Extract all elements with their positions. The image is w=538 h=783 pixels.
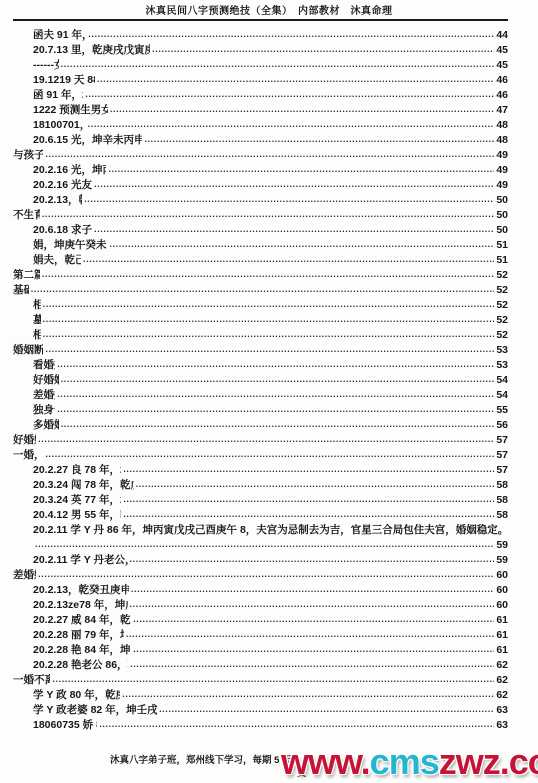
toc-entry-text: 看婚姻的要点 bbox=[33, 358, 55, 373]
toc-entry-text: 20.6.18 求子，坤丙寅庚寅壬寅乙巳 8， bbox=[33, 223, 92, 238]
toc-leader-dots: ........................................… bbox=[123, 507, 494, 522]
toc-entry-row: 20.2.13，乾癸丑庚申丁亥丙午 4，星宫相穿，生穿宫坏的轻，婚姻不顺 ...… bbox=[13, 583, 508, 598]
toc-entry-row: 20.7.13 里，乾庚戌戊寅庚辰己卯 2，两个女儿，送人一个，还有一儿子，早年… bbox=[13, 43, 508, 58]
toc-entry-text: 好婚姻的组合 bbox=[13, 433, 36, 448]
toc-leader-dots: ........................................… bbox=[61, 417, 495, 432]
toc-leader-dots: ........................................… bbox=[57, 357, 494, 372]
toc-entry-row: 一婚，婚姻稳定， ...............................… bbox=[13, 448, 508, 463]
toc-leader-dots: ........................................… bbox=[108, 162, 494, 177]
toc-leader-dots: ........................................… bbox=[131, 582, 494, 597]
toc-leader-dots: ........................................… bbox=[43, 297, 495, 312]
toc-leader-dots: ........................................… bbox=[159, 702, 494, 717]
toc-entry-row: 20.2.28 丽 79 年，坤己未癸酉辛卯己亥 6，星宫一体，宫身相破， ..… bbox=[13, 628, 508, 643]
toc-entry-text: 一婚，婚姻稳定， bbox=[13, 448, 43, 463]
toc-entry-row: 20.2.11 学 Y 丹老公，乾甲子丁丑甲子乙亥 3，星宫相合，婚姻稳定。 .… bbox=[13, 553, 508, 568]
toc-entry-text: 函夫 91 年，乾辛未丙申甲子甲戌 5 bbox=[33, 28, 86, 43]
toc-entry-row: 相破 .....................................… bbox=[13, 328, 508, 343]
toc-entry-text: 多婚姻命理组合 bbox=[33, 418, 59, 433]
toc-leader-dots: ........................................… bbox=[84, 192, 494, 207]
toc-entry-text: 20.2.28 艳 84 年，坤乙丑壬午甲申乙亥 7，星宫一体，宫生穿了，有矛盾 bbox=[33, 643, 131, 658]
watermark-url: www.cmszwz.com bbox=[281, 744, 538, 780]
toc-page-number: 60 bbox=[496, 568, 508, 583]
toc-page-number: 50 bbox=[496, 193, 508, 208]
toc-leader-dots: ........................................… bbox=[152, 42, 494, 57]
toc-entry-row: 不生育，难生育 ................................… bbox=[13, 208, 508, 223]
toc-leader-dots: ........................................… bbox=[130, 552, 495, 567]
toc-entry-row: 20.3.24 闯 78 年，乾戊午丁巳己丑丙寅 3，星宫一体，妻宫未坏，婚姻一… bbox=[13, 478, 508, 493]
toc-entry-text: 20.2.27 良 78 年，坤戊午乙丑丁丑壬寅 1，天合地合，夫妻恩爱 bbox=[33, 463, 121, 478]
toc-leader-dots: ........................................… bbox=[31, 282, 495, 297]
toc-page-number: 58 bbox=[496, 493, 508, 508]
toc-page-number: 61 bbox=[496, 643, 508, 658]
toc-entry-row: 差婚姻的组合 .................................… bbox=[13, 568, 508, 583]
toc-page-number: 58 bbox=[496, 508, 508, 523]
toc-page-number: 62 bbox=[496, 673, 508, 688]
toc-entry-row: 20.4.12 男 55 年，乾乙未壬午己亥丁卯 1，日柱包局，婚姻稳定 ...… bbox=[13, 508, 508, 523]
toc-page-number: 54 bbox=[496, 373, 508, 388]
toc-leader-dots: ........................................… bbox=[83, 252, 494, 267]
watermark-part-tail: zwz.com bbox=[439, 741, 538, 782]
toc-page-number: 45 bbox=[496, 43, 508, 58]
toc-entry-text: 20.6.15 光，坤辛未丙申丙寅辛卯 5， 91 年问婚姻，3 个孩子，一女两… bbox=[33, 133, 142, 148]
toc-entry-row: ------女命例------ ........................… bbox=[13, 58, 508, 73]
toc-entry-text: 20.2.11 学 Y 丹 86 年，坤丙寅戊戌己酉庚午 8，夫宫为忌制去为吉，… bbox=[33, 523, 508, 538]
toc-entry-row: 第二篇：婚姻篇 ................................… bbox=[13, 268, 508, 283]
toc-entry-text: 20.2.28 丽 79 年，坤己未癸酉辛卯己亥 6，星宫一体，宫身相破， bbox=[33, 628, 124, 643]
toc-leader-dots: ........................................… bbox=[94, 222, 494, 237]
toc-entry-text: 娟夫，乾己巳乙亥辛丑癸巳 1， bbox=[33, 253, 81, 268]
toc-leader-dots: ........................................… bbox=[133, 612, 494, 627]
toc-page-number: 52 bbox=[496, 313, 508, 328]
toc-entry-row: 函夫 91 年，乾辛未丙申甲子甲戌 5 ....................… bbox=[13, 28, 508, 43]
toc-page-number: 62 bbox=[496, 658, 508, 673]
toc-entry-text: 19.1219 天 88 年，坤戊辰己卯己卯己巳 1 bbox=[33, 73, 95, 88]
toc-entry-text: 20.3.24 闯 78 年，乾戊午丁巳己丑丙寅 3，星宫一体，妻宫未坏，婚姻一… bbox=[33, 478, 134, 493]
toc-entry-row: 1222 预测生男女，女 95 年，坤乙亥丁亥乙卯庚辰 6 ..........… bbox=[13, 103, 508, 118]
toc-entry-text: 20.2.13，乾癸丑庚申丁亥丙午 4，星宫相穿，生穿宫坏的轻，婚姻不顺 bbox=[33, 583, 129, 598]
toc-entry-text: 墓库 bbox=[33, 313, 41, 328]
toc-entry-row: 20.6.18 求子，坤丙寅庚寅壬寅乙巳 8， ................… bbox=[13, 223, 508, 238]
toc-page-number: 51 bbox=[496, 253, 508, 268]
toc-page-number: 62 bbox=[496, 688, 508, 703]
toc-page-number: 48 bbox=[496, 118, 508, 133]
toc-leader-dots: ........................................… bbox=[57, 387, 494, 402]
toc-entry-row: 与孩子无缘、流产 ...............................… bbox=[13, 148, 508, 163]
toc-entry-text: 函 91 年，坤辛未戊戌癸酉癸亥 3 bbox=[33, 88, 83, 103]
toc-page-number: 54 bbox=[496, 388, 508, 403]
toc-page-number: 52 bbox=[496, 298, 508, 313]
toc-entry-row: 20.2.28 艳 84 年，坤乙丑壬午甲申乙亥 7，星宫一体，宫生穿了，有矛盾… bbox=[13, 643, 508, 658]
toc-entry-row: 好婚姻的组合 .................................… bbox=[13, 433, 508, 448]
toc-entry-row: 学 Y 政 80 年，乾庚申丁亥庚子甲申 5，天冲地合，吵架过日子 ......… bbox=[13, 688, 508, 703]
toc-leader-dots: ........................................… bbox=[38, 432, 494, 447]
toc-page-number: 45 bbox=[496, 58, 508, 73]
toc-entry-row: 基础知识 ...................................… bbox=[13, 283, 508, 298]
toc-entry-text: 20.7.13 里，乾庚戌戊寅庚辰己卯 2，两个女儿，送人一个，还有一儿子，早年… bbox=[33, 43, 150, 58]
toc-entry-text: 学 Y 政 80 年，乾庚申丁亥庚子甲申 5，天冲地合，吵架过日子 bbox=[33, 688, 120, 703]
toc-page-number: 49 bbox=[496, 178, 508, 193]
toc-leader-dots: ........................................… bbox=[94, 177, 494, 192]
toc-page-number: 57 bbox=[496, 448, 508, 463]
toc-leader-dots: ........................................… bbox=[99, 717, 494, 732]
toc-leader-dots: ........................................… bbox=[42, 207, 495, 222]
toc-entry-text: 好婚姻命理组合 bbox=[33, 373, 59, 388]
toc-entry-text: 20.3.24 英 77 年，坤丁巳癸丑壬申辛亥 8，夫宫未坏，婚姻一般 bbox=[33, 493, 121, 508]
toc-entry-row: 多婚姻命理组合 ................................… bbox=[13, 418, 508, 433]
toc-page-number: 60 bbox=[496, 598, 508, 613]
toc-entry-text: 18100701，坤己巳庚午己亥甲子 9 bbox=[33, 118, 86, 133]
toc-entry-row: 20.2.16 光友，乾壬寅丙午壬午癸卯 8， ................… bbox=[13, 178, 508, 193]
toc-page-number: 50 bbox=[496, 223, 508, 238]
toc-leader-dots: ........................................… bbox=[61, 372, 495, 387]
toc-page-number: 52 bbox=[496, 283, 508, 298]
toc-entry-text: 娟，坤庚午癸未丁亥辛亥 5，夫妻不和，未生小孩， bbox=[33, 238, 107, 253]
toc-page-number: 44 bbox=[496, 28, 508, 43]
toc-entry-row: 学 Y 政老婆 82 年，坤壬戌丙午甲子丙寅 1，星宫无关，好在夫星三合包局，夫… bbox=[13, 703, 508, 718]
toc-leader-dots: ........................................… bbox=[43, 327, 495, 342]
toc-entry-row: 好婚姻命理组合 ................................… bbox=[13, 373, 508, 388]
toc-leader-dots: ........................................… bbox=[110, 102, 494, 117]
toc-entry-row: 20.6.15 光，坤辛未丙申丙寅辛卯 5， 91 年问婚姻，3 个孩子，一女两… bbox=[13, 133, 508, 148]
toc-entry-text: 1222 预测生男女，女 95 年，坤乙亥丁亥乙卯庚辰 6 bbox=[33, 103, 108, 118]
toc-entry-row: ........................................… bbox=[13, 538, 508, 553]
toc-entry-text: 第二篇：婚姻篇 bbox=[13, 268, 40, 283]
toc-page-number: 59 bbox=[496, 538, 508, 553]
toc-entry-text: ------女命例------ bbox=[33, 58, 59, 73]
toc-entry-row: 20.2.27 良 78 年，坤戊午乙丑丁丑壬寅 1，天合地合，夫妻恩爱 ...… bbox=[13, 463, 508, 478]
toc-entry-text: 相刑 bbox=[33, 298, 41, 313]
toc-page-number: 52 bbox=[496, 268, 508, 283]
toc-entry-row: 19.1219 天 88 年，坤戊辰己卯己卯己巳 1 .............… bbox=[13, 73, 508, 88]
toc-leader-dots: ........................................… bbox=[122, 687, 494, 702]
toc-leader-dots: ........................................… bbox=[43, 312, 495, 327]
toc-page-number: 53 bbox=[496, 358, 508, 373]
toc-entry-row: 20.2.16 光，坤丙寅己亥壬申癸卯 5，未婚找个男友 ...........… bbox=[13, 163, 508, 178]
toc-entry-text: 20.2.11 学 Y 丹老公，乾甲子丁丑甲子乙亥 3，星宫相合，婚姻稳定。 bbox=[33, 553, 128, 568]
toc-entry-text: 基础知识 bbox=[13, 283, 29, 298]
toc-page-number: 53 bbox=[496, 343, 508, 358]
toc-page-number: 59 bbox=[496, 553, 508, 568]
toc-page-number: 57 bbox=[496, 433, 508, 448]
toc-leader-dots: ........................................… bbox=[57, 402, 494, 417]
toc-entry-text: 20.2.13，乾癸丑庚申丁亥丙午 4 bbox=[33, 193, 82, 208]
toc-leader-dots: ........................................… bbox=[45, 342, 494, 357]
toc-page-number: 63 bbox=[496, 703, 508, 718]
toc-leader-dots: ........................................… bbox=[42, 267, 495, 282]
toc-leader-dots: ........................................… bbox=[61, 57, 495, 72]
toc-leader-dots: ........................................… bbox=[45, 147, 494, 162]
toc-entry-row: 相刑 .....................................… bbox=[13, 298, 508, 313]
toc-entry-text: 独身命理组合 bbox=[33, 403, 55, 418]
toc-entry-row: 娟，坤庚午癸未丁亥辛亥 5，夫妻不和，未生小孩， ...............… bbox=[13, 238, 508, 253]
toc-entry-row: 18060735 娇 87 年，坤丁卯庚戌甲午丙寅 9 ............… bbox=[13, 718, 508, 733]
toc-leader-dots: ........................................… bbox=[38, 567, 494, 582]
toc-page-number: 63 bbox=[496, 718, 508, 733]
toc-entry-row: 婚姻断法思维导图 ...............................… bbox=[13, 343, 508, 358]
toc-leader-dots: ........................................… bbox=[88, 27, 494, 42]
toc-entry-row: 20.3.24 英 77 年，坤丁巳癸丑壬申辛亥 8，夫宫未坏，婚姻一般 ...… bbox=[13, 493, 508, 508]
toc-entry-row: 娟夫，乾己巳乙亥辛丑癸巳 1， ........................… bbox=[13, 253, 508, 268]
toc-entry-row: 18100701，坤己巳庚午己亥甲子 9 ...................… bbox=[13, 118, 508, 133]
toc-entry-text: 20.2.16 光，坤丙寅己亥壬申癸卯 5，未婚找个男友 bbox=[33, 163, 106, 178]
toc-entry-row: 20.2.11 学 Y 丹 86 年，坤丙寅戊戌己酉庚午 8，夫宫为忌制去为吉，… bbox=[13, 523, 508, 538]
toc-leader-dots: ........................................… bbox=[123, 492, 494, 507]
toc-page-number: 48 bbox=[496, 133, 508, 148]
toc-entry-text: 一婚不离，吵架过日子 bbox=[13, 673, 50, 688]
toc-page-number: 56 bbox=[496, 418, 508, 433]
toc-entry-row: 20.2.13ze78 年，坤戊午戊午己未甲子 7，天合地穿，宫没坏，婚没离 .… bbox=[13, 598, 508, 613]
toc-page-number: 50 bbox=[496, 208, 508, 223]
watermark-part-cms: cms bbox=[370, 741, 439, 782]
toc-entry-text: 18060735 娇 87 年，坤丁卯庚戌甲午丙寅 9 bbox=[33, 718, 97, 733]
toc-entry-text: 学 Y 政老婆 82 年，坤壬戌丙午甲子丙寅 1，星宫无关，好在夫星三合包局，夫… bbox=[33, 703, 157, 718]
toc-page-number: 49 bbox=[496, 163, 508, 178]
toc-page-number: 58 bbox=[496, 478, 508, 493]
toc-entry-text: 20.2.13ze78 年，坤戊午戊午己未甲子 7，天合地穿，宫没坏，婚没离 bbox=[33, 598, 128, 613]
page-header-title: 沐真民间八字预测绝技（全集） 内部教材 沐真命理 bbox=[0, 0, 538, 17]
toc-entry-text: 不生育，难生育 bbox=[13, 208, 40, 223]
toc-entry-text: 差婚姻的组合 bbox=[13, 568, 36, 583]
toc-entry-row: 独身命理组合 .................................… bbox=[13, 403, 508, 418]
toc-entry-text: 20.2.27 威 84 年，乾甲子辛未甲寅壬申 6，子未穿，星宫未坏，没有离婚 bbox=[33, 613, 131, 628]
toc-entry-row: 函 91 年，坤辛未戊戌癸酉癸亥 3 .....................… bbox=[13, 88, 508, 103]
toc-leader-dots: ........................................… bbox=[136, 477, 495, 492]
toc-leader-dots: ........................................… bbox=[97, 72, 494, 87]
toc-leader-dots: ........................................… bbox=[133, 642, 494, 657]
toc-leader-dots: ........................................… bbox=[109, 237, 494, 252]
toc-entry-row: 看婚姻的要点 .................................… bbox=[13, 358, 508, 373]
toc-entry-row: 墓库 .....................................… bbox=[13, 313, 508, 328]
toc-entry-row: 20.2.27 威 84 年，乾甲子辛未甲寅壬申 6，子未穿，星宫未坏，没有离婚… bbox=[13, 613, 508, 628]
toc-leader-dots: ........................................… bbox=[126, 627, 494, 642]
toc-page-number: 61 bbox=[496, 628, 508, 643]
toc-entry-text: 20.2.28 艳老公 86，乾丙寅庚子辛卯己亥 8，星宫一体，宫破有矛盾。 bbox=[33, 658, 128, 673]
toc-entry-text: 20.4.12 男 55 年，乾乙未壬午己亥丁卯 1，日柱包局，婚姻稳定 bbox=[33, 508, 121, 523]
toc-entry-row: 差婚姻命组合 .................................… bbox=[13, 388, 508, 403]
toc-page-number: 61 bbox=[496, 613, 508, 628]
toc-leader-dots: ........................................… bbox=[52, 672, 494, 687]
toc-entry-text: 婚姻断法思维导图 bbox=[13, 343, 43, 358]
toc-entry-row: 20.2.13，乾癸丑庚申丁亥丙午 4 ....................… bbox=[13, 193, 508, 208]
toc-entry-row: 20.2.28 艳老公 86，乾丙寅庚子辛卯己亥 8，星宫一体，宫破有矛盾。 .… bbox=[13, 658, 508, 673]
toc-page-number: 60 bbox=[496, 583, 508, 598]
toc-entry-text: 相破 bbox=[33, 328, 41, 343]
toc-page-number: 57 bbox=[496, 463, 508, 478]
toc-list: 函夫 91 年，乾辛未丙申甲子甲戌 5 ....................… bbox=[0, 21, 538, 733]
toc-leader-dots: ........................................… bbox=[35, 537, 494, 552]
toc-leader-dots: ........................................… bbox=[123, 462, 494, 477]
document-page: 沐真民间八字预测绝技（全集） 内部教材 沐真命理 函夫 91 年，乾辛未丙申甲子… bbox=[0, 0, 538, 783]
toc-page-number: 46 bbox=[496, 88, 508, 103]
toc-leader-dots: ........................................… bbox=[144, 132, 494, 147]
toc-page-number: 52 bbox=[496, 328, 508, 343]
toc-entry-text: 与孩子无缘、流产 bbox=[13, 148, 43, 163]
toc-entry-text: 20.2.16 光友，乾壬寅丙午壬午癸卯 8， bbox=[33, 178, 92, 193]
toc-leader-dots: ........................................… bbox=[85, 87, 494, 102]
toc-leader-dots: ........................................… bbox=[88, 117, 495, 132]
toc-leader-dots: ........................................… bbox=[130, 597, 495, 612]
toc-page-number: 49 bbox=[496, 148, 508, 163]
toc-entry-text: 差婚姻命组合 bbox=[33, 388, 55, 403]
toc-leader-dots: ........................................… bbox=[45, 447, 494, 462]
toc-page-number: 46 bbox=[496, 73, 508, 88]
watermark-part-www: www. bbox=[281, 741, 370, 782]
toc-page-number: 51 bbox=[496, 238, 508, 253]
toc-page-number: 55 bbox=[496, 403, 508, 418]
footer-text: 沐真八字弟子班，郑州线下学习，每期 5 天 bbox=[110, 752, 292, 766]
toc-entry-row: 一婚不离，吵架过日子 .............................… bbox=[13, 673, 508, 688]
toc-leader-dots: ........................................… bbox=[130, 657, 494, 672]
toc-page-number: 47 bbox=[496, 103, 508, 118]
